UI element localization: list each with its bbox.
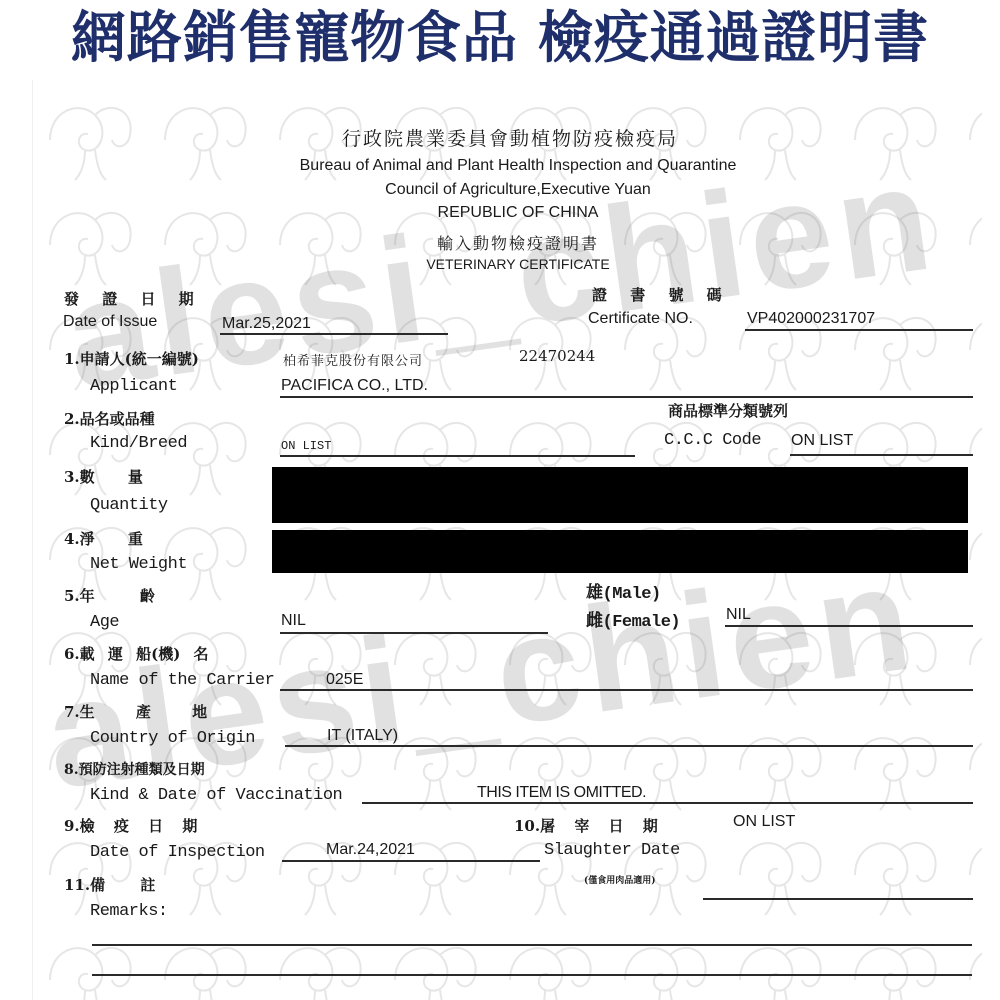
origin-label-cn: 7.生 產 地 [64, 701, 207, 722]
applicant-label-en: Applicant [90, 377, 177, 396]
male-label: 雄(Male) [586, 578, 661, 604]
vaccination-underline [362, 802, 973, 804]
quantity-label-cn: 3.數 量 [64, 466, 143, 487]
inspection-date-underline [282, 860, 540, 862]
issue-date-label-cn: 發 證 日 期 [64, 288, 196, 309]
slaughter-date-underline [703, 898, 973, 900]
slaughter-date-label-en: Slaughter Date [544, 841, 680, 860]
remarks-label-cn: 11.備 註 [64, 874, 155, 895]
quantity-redaction [272, 467, 968, 523]
age-underline [280, 632, 548, 634]
certificate-type-cn: 輸入動物檢疫證明書 [0, 231, 1000, 254]
applicant-underline [280, 396, 973, 398]
certificate-no-label-cn: 證 書 號 碼 [592, 284, 724, 305]
kind-breed-label-en: Kind/Breed [90, 434, 187, 453]
agency-name-en: Bureau of Animal and Plant Health Inspec… [0, 157, 1000, 175]
applicant-tax-id: 22470244 [519, 347, 595, 365]
certificate-no-label-en: Certificate NO. [588, 310, 693, 328]
slaughter-date-note: (僅食用肉品適用) [584, 873, 656, 886]
origin-underline [285, 745, 973, 747]
slaughter-date-label-cn: 10.屠 宰 日 期 [514, 815, 658, 836]
ccc-code-underline [790, 454, 973, 456]
carrier-label-en: Name of the Carrier [90, 671, 274, 690]
sex-value: NIL [726, 606, 751, 624]
remarks-label-en: Remarks: [90, 902, 168, 921]
quantity-label-en: Quantity [90, 496, 168, 515]
issue-date-underline [220, 333, 448, 335]
origin-label-en: Country of Origin [90, 729, 255, 748]
inspection-date-label-cn: 9.檢 疫 日 期 [64, 815, 197, 836]
remarks-line-1 [92, 944, 972, 946]
ccc-code-label-en: C.C.C Code [664, 431, 761, 450]
vaccination-label-cn: 8.預防注射種類及日期 [64, 759, 205, 779]
certificate-no-value: VP402000231707 [747, 310, 875, 328]
applicant-label-cn: 1.申請人(統一編號) [64, 348, 199, 369]
vaccination-label-en: Kind & Date of Vaccination [90, 786, 342, 805]
age-label-cn: 5.年 齡 [64, 585, 155, 606]
carrier-label-cn: 6.載 運 船(機) 名 [64, 643, 209, 664]
issue-date-label-en: Date of Issue [63, 313, 157, 331]
council-name-en: Council of Agriculture,Executive Yuan [0, 181, 1000, 199]
certificate-type-en: VETERINARY CERTIFICATE [0, 256, 1000, 272]
page-banner-title: 網路銷售寵物食品 檢疫通過證明書 [10, 0, 990, 78]
kind-breed-value: ON LIST [281, 439, 331, 453]
net-weight-redaction [272, 530, 968, 573]
issue-date-value: Mar.25,2021 [222, 315, 311, 333]
applicant-name-cn: 柏希菲克股份有限公司 [283, 350, 423, 369]
inspection-date-label-en: Date of Inspection [90, 843, 265, 862]
female-label: 雌(Female) [586, 606, 680, 632]
carrier-value: 025E [326, 671, 363, 689]
certificate-no-underline [745, 329, 973, 331]
applicant-name-en: PACIFICA CO., LTD. [281, 377, 428, 395]
origin-value: IT (ITALY) [327, 727, 398, 745]
sex-underline [725, 625, 973, 627]
age-value: NIL [281, 612, 306, 630]
remarks-line-2 [92, 974, 972, 976]
kind-breed-label-cn: 2.品名或品種 [64, 408, 155, 429]
carrier-underline [280, 689, 973, 691]
ccc-code-value: ON LIST [791, 432, 853, 450]
age-label-en: Age [90, 613, 119, 632]
net-weight-label-en: Net Weight [90, 555, 187, 574]
ccc-code-label-cn: 商品標準分類號列 [668, 400, 788, 421]
slaughter-date-value: ON LIST [733, 813, 795, 831]
net-weight-label-cn: 4.淨 重 [64, 528, 143, 549]
inspection-date-value: Mar.24,2021 [326, 841, 415, 859]
agency-name-cn: 行政院農業委員會動植物防疫檢疫局 [0, 124, 1000, 151]
country-name-en: REPUBLIC OF CHINA [0, 204, 1000, 222]
kind-breed-underline [280, 455, 635, 457]
vaccination-value: THIS ITEM IS OMITTED. [477, 784, 646, 802]
